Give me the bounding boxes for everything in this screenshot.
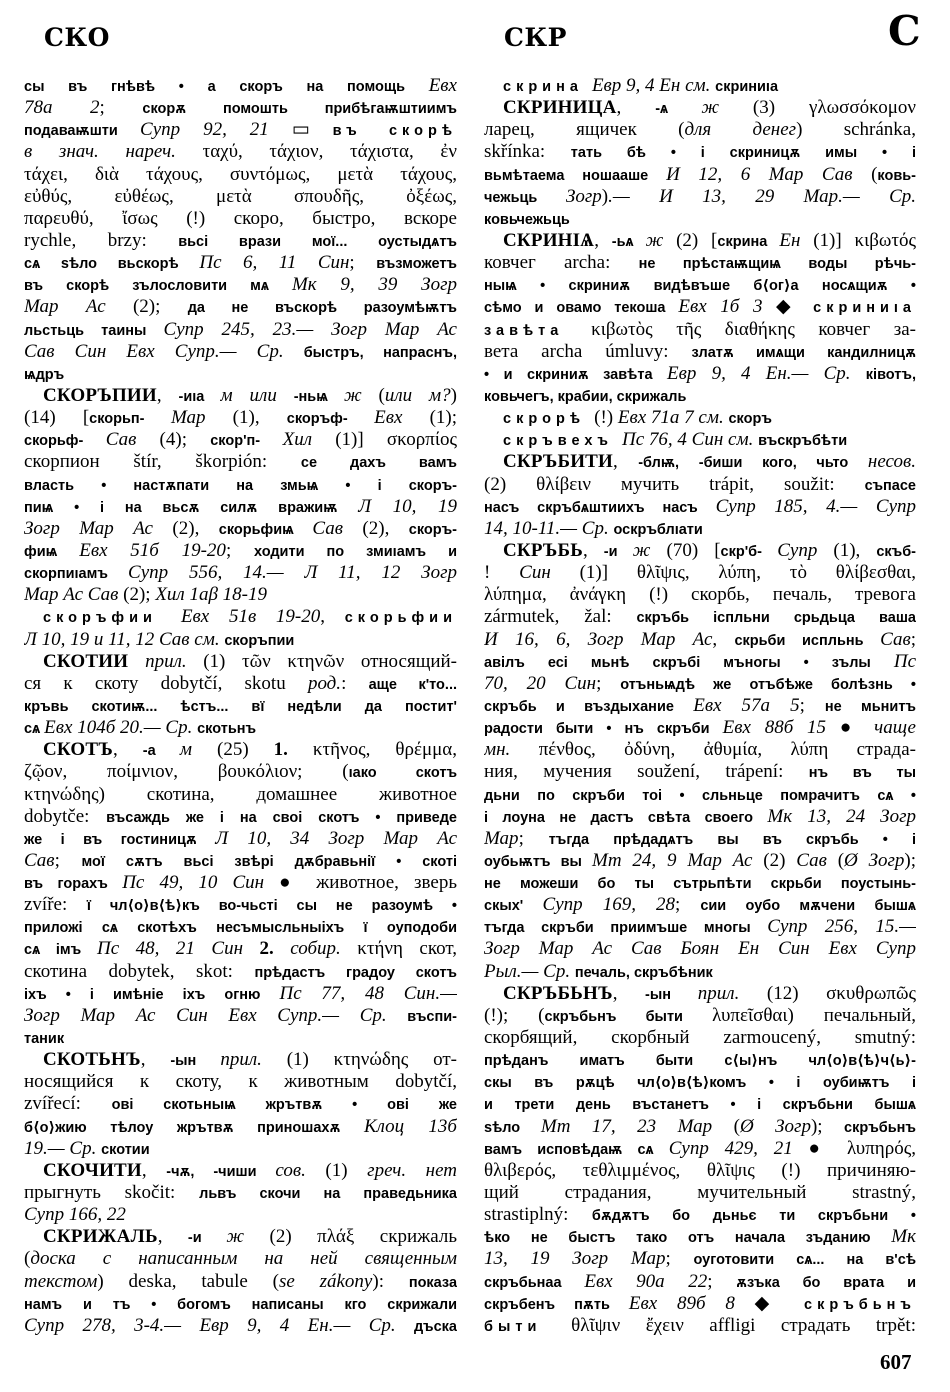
gloss-text: λυπεῖσθαι) печальный, — [712, 1005, 916, 1026]
ocs-quote: ї чл⟨о⟩в⟨ѣ⟩къ во-чьсті сы не разоумѣ • — [87, 898, 457, 914]
text-line: 14, 10-11.— Ср. оскръблıати — [484, 518, 916, 540]
ocs-quote: сѣмо и овамо текоша — [484, 300, 678, 316]
ocs-quote: б⟨о⟩жию тѣлоу жрътвѫ приношахѫ — [24, 1120, 364, 1136]
gloss-text: λύπημα, ἀνάγκη (!) скорбь, печаль, трево… — [484, 584, 916, 605]
source-siglum: Евх 51в 19-20 — [181, 606, 320, 627]
source-siglum: греч. нет — [367, 1160, 457, 1181]
ocs-quote: таник — [24, 1031, 64, 1047]
source-siglum: 70, 20 Син — [484, 673, 596, 694]
source-siglum: собир. — [290, 938, 357, 959]
spaced-lemma: въ скорѣ — [333, 123, 457, 139]
ocs-quote: -и — [604, 544, 633, 560]
text-line: скрорѣ (!) Евх 71а 7 см. скоръ — [484, 407, 916, 429]
source-siglum: Евр 9, 4 Ен.— Ср. — [667, 363, 866, 384]
gloss-text: θλῖψιν ἔχειν affligi страдать trpět: — [571, 1315, 916, 1336]
source-siglum: Пс 77, 48 Син.— — [280, 983, 458, 1004]
text-line: dobytče: въсаждь же і на своі скотъ • пр… — [24, 806, 457, 828]
source-siglum: доска с написанным на ней священным — [30, 1248, 457, 1269]
headword: СКОТИИ — [43, 651, 145, 672]
gloss-text: ларец, ящичек ( — [484, 119, 684, 140]
gloss-text: носящийся к скоту, к животным dobytčí, — [24, 1071, 457, 1092]
text-line: б⟨о⟩жию тѣлоу жрътвѫ приношахѫ Клоц 13б — [24, 1116, 457, 1138]
gloss-text: (70) [ — [650, 540, 720, 561]
ocs-quote: быстръ, напраснъ, — [304, 345, 457, 361]
text-line: ковчег archa: не прѣстаѭщиѩ воды рѣчь- — [484, 252, 916, 274]
text-line: εὐθύς, εὐθέως, μετὰ σπουδῆς, ὀξέως, — [24, 186, 457, 208]
ocs-quote: отъньѩдѣ же отъбѣже болѣзнь • — [620, 677, 916, 693]
gloss-text: скорбящий, скорбный zarmoucený, smutný: — [484, 1027, 916, 1048]
source-siglum: Супр 166, 22 — [24, 1204, 126, 1225]
ocs-quote: дъска — [414, 1319, 457, 1335]
ocs-quote: скръбьнаа — [484, 1275, 584, 1291]
source-siglum: Мк 13, 24 Зогр — [767, 806, 916, 827]
gloss-text: , — [113, 739, 143, 760]
gloss-text: , — [142, 1160, 166, 1181]
text-line: Мар Ас Сав (2); Хил 1аβ 18-19 — [24, 584, 457, 606]
source-siglum: Мк 9, 39 Зогр — [292, 274, 457, 295]
gloss-text: ; — [349, 252, 376, 273]
source-siglum: или м? — [385, 385, 451, 406]
text-line: 13, 19 Зогр Мар; оуготовити сѧ... на в'с… — [484, 1248, 916, 1270]
source-siglum: для денег — [684, 119, 796, 140]
gloss-text: εὐθύς, εὐθέως, μετὰ σπουδῆς, ὀξέως, — [24, 186, 457, 207]
ocs-quote: ныѩ • скриниѫ видѣвъше б⟨ог⟩а носѧщиѫ • — [484, 278, 916, 294]
ocs-quote: скоръ- — [409, 522, 457, 538]
text-line: іхъ • і имѣніе іхъ огню Пс 77, 48 Син.— — [24, 983, 457, 1005]
ocs-quote: сии оубо мѫчени бышѧ — [700, 898, 916, 914]
ocs-quote: въ горахъ — [24, 876, 122, 892]
ocs-quote: • и скриниѫ завѣта — [484, 367, 667, 383]
source-siglum: Евх — [429, 75, 457, 96]
text-line: сѧ ѕѣло вьскорѣ Пс 6, 11 Син; възможетъ — [24, 252, 457, 274]
gloss-text: ; — [100, 97, 143, 118]
text-line: κτηνώδης) скотина, домашнее животное — [24, 784, 457, 806]
ocs-quote: -ньѩ — [294, 389, 344, 405]
ocs-quote: мої сѫтъ вьсі звѣрі дѫбравьнії • скоті — [82, 854, 457, 870]
text-line: скорбящий, скорбный zarmoucený, smutný: — [484, 1027, 916, 1049]
ocs-quote: прѣдастъ градоу скотъ — [254, 965, 457, 981]
text-line: СКОТИИ прил. (1) τῶν κτηνῶν относящий- — [24, 651, 457, 673]
gloss-text: (2), — [153, 518, 219, 539]
text-line: И 16, 6, Зогр Мар Ас, скрьби испльнь Сав… — [484, 629, 916, 651]
ocs-quote: чежьць — [484, 190, 566, 206]
text-line: и трети день въстанетъ • і скръбьни бышѧ — [484, 1093, 916, 1115]
source-siglum: Евх 57а 5 — [693, 695, 799, 716]
ocs-quote: скор'п- — [210, 433, 282, 449]
ocs-quote: скръбенъ пѫть — [484, 1297, 629, 1313]
source-siglum: 13, 19 Зогр Мар — [484, 1248, 665, 1269]
text-line: ! Син (1)] θλῖψις, λύπη, τὸ θλίβεσθαι, — [484, 562, 916, 584]
ocs-quote: не можеши бо ты сътрьпѣти скрьби поустын… — [484, 876, 916, 892]
source-siglum: ж — [226, 1226, 244, 1247]
source-siglum: Евх 104б 20.— Ср. — [44, 717, 197, 738]
gloss-text: θλιβερός, τεθλιμμένος, θλῖψις (!) причин… — [484, 1160, 916, 1181]
gloss-text: παρευθύ, ἴσως (!) скоро, быстро, вскоре — [24, 208, 457, 229]
source-siglum: Евх — [374, 407, 402, 428]
page-number: 607 — [880, 1349, 912, 1375]
ocs-quote: скорьп- — [89, 411, 171, 427]
source-siglum: несов. — [868, 451, 916, 472]
right-column: скрина Евр 9, 4 Ен см. скриниıаСКРИНИЦА,… — [484, 75, 916, 1337]
text-line: СКОТЬНЪ, -ын прил. (1) κτηνώδης от- — [24, 1049, 457, 1071]
ocs-quote: въ скорѣ зълословити мѧ — [24, 278, 292, 294]
ocs-quote: ові скотьныѩ жрътвѫ • ові же — [112, 1097, 457, 1113]
gloss-text: ) deska, tabule ( — [97, 1271, 279, 1292]
gloss-text: ; — [800, 695, 825, 716]
source-siglum: Сав Син Евх Супр.— Ср. — [24, 341, 304, 362]
text-line: ζῷον, ποίμνιον, βουκόλιον; (ıако скотъ — [24, 761, 457, 783]
source-siglum: Супр 256, 15.— — [767, 916, 916, 937]
ocs-quote: ковьчегъ, крабии, скрижаль — [484, 389, 686, 405]
spaced-lemma: скриниıа — [813, 300, 916, 316]
ocs-quote: въспи- — [407, 1009, 457, 1025]
source-siglum: мн. — [484, 739, 539, 760]
text-line: текстом) deska, tabule (se zákony): пока… — [24, 1271, 457, 1293]
ocs-quote: іхъ • і имѣніе іхъ огню — [24, 987, 280, 1003]
text-line: ния, мучения soužení, trápení: нъ въ ты — [484, 761, 916, 783]
gloss-text: ● животное, зверь — [264, 872, 457, 893]
text-line: ковьчегъ, крабии, скрижаль — [484, 385, 916, 407]
ocs-quote: не прѣстаѭщиѩ воды рѣчь- — [639, 256, 916, 272]
ocs-quote: възможетъ — [376, 256, 457, 272]
gloss-text: (3) γλωσσόκομον — [719, 97, 916, 118]
gloss-text: ( — [362, 385, 385, 406]
ocs-quote: же і въ гостиницѫ — [24, 832, 215, 848]
ocs-quote: сы въ гнѣвѣ • а скоръ на помощь — [24, 79, 429, 95]
dictionary-page: СКО СКР С сы въ гнѣвѣ • а скоръ на помощ… — [0, 0, 950, 1392]
gloss-text: κιβωτὸς τῆς διαθήκης ковчег за- — [591, 319, 916, 340]
source-siglum: ж — [701, 97, 719, 118]
text-line: мн. πένθος, ὀδύνη, ἀθυμία, λύπη страда- — [484, 739, 916, 761]
headword: СКОТЪ — [43, 739, 113, 760]
source-siglum: Супр — [777, 540, 817, 561]
ocs-quote: скоръ — [728, 411, 771, 427]
text-line: чежьць Зогр).— И 13, 29 Мар.— Ср. — [484, 186, 916, 208]
ocs-quote: бѫдѫтъ бо дьньє ти скръбьни • — [592, 1208, 916, 1224]
source-siglum: Сав — [24, 850, 55, 871]
gloss-text: ◆ — [735, 1293, 804, 1314]
gloss-text: κτῆνος, θρέμμα, — [313, 739, 457, 760]
source-siglum: м — [180, 739, 192, 760]
headword: СКРЪБИТИ — [503, 451, 613, 472]
gloss-text: , — [141, 1049, 171, 1070]
ocs-quote: намъ и тъ • богомъ написаны кго скрижали — [24, 1297, 457, 1313]
gloss-text: (12) σκυθρωπῶς — [739, 983, 916, 1004]
source-siglum: прил. — [220, 1049, 262, 1070]
source-siglum: Сав — [880, 629, 911, 650]
ocs-quote: ѩдръ — [24, 367, 64, 383]
gloss-text: (!) — [594, 407, 618, 428]
text-line: дьни по скръби тоі • сльньце помрачитъ с… — [484, 784, 916, 806]
text-line: намъ и тъ • богомъ написаны кго скрижали — [24, 1293, 457, 1315]
text-line: подаваѭшти Супр 92, 21 ▭ въ скорѣ — [24, 119, 457, 141]
source-siglum: И 16, 6, Зогр Мар Ас — [484, 629, 712, 650]
ocs-quote: ходити по змиıамъ и — [254, 544, 457, 560]
gloss-text: πένθος, ὀδύνη, ἀθυμία, λύπη страда- — [539, 739, 916, 760]
text-line: сѧ Евх 104б 20.— Ср. скотьнъ — [24, 717, 457, 739]
gloss-text: ζῷον, ποίμνιον, βουκόλιον; ( — [24, 761, 349, 782]
gloss-text: (25) — [192, 739, 274, 760]
ocs-quote: нъ въ ты — [809, 765, 916, 781]
ocs-quote: сѧ ѕѣло вьскорѣ — [24, 256, 199, 272]
text-line: насъ скръбѧштиихъ насъ Супр 185, 4.— Суп… — [484, 496, 916, 518]
text-line: льстьць таины Супр 245, 23.— Зогр Мар Ас — [24, 319, 457, 341]
source-siglum: Зогр — [566, 186, 602, 207]
text-line: же і въ гостиницѫ Л 10, 34 Зогр Мар Ас — [24, 828, 457, 850]
text-line: Супр 278, 3-4.— Евр 9, 4 Ен.— Ср. дъска — [24, 1315, 457, 1337]
gloss-text: : — [341, 673, 369, 694]
text-line: Супр 166, 22 — [24, 1204, 457, 1226]
text-line: ныѩ • скриниѫ видѣвъше б⟨ог⟩а носѧщиѫ • — [484, 274, 916, 296]
gloss-text: (2) — [752, 850, 796, 871]
gloss-text: ! — [484, 562, 519, 583]
gloss-text: , — [594, 230, 612, 251]
text-line: Мар Ас (2); да не въскорѣ разоумѣѭтъ — [24, 296, 457, 318]
gloss-text: strastiplný: — [484, 1204, 592, 1225]
gloss-text: ; — [226, 540, 254, 561]
text-line: rychle, brzy: вьсі врази мої... оустыдѧт… — [24, 230, 457, 252]
headword: СКРЪБЬ — [503, 540, 583, 561]
text-line: въ горахъ Пс 49, 10 Син ● животное, звер… — [24, 872, 457, 894]
ocs-quote: скръбь іспльни срьдьца ваша — [636, 610, 916, 626]
headword: СКРИНІѦ — [503, 230, 594, 251]
source-siglum: Евр 9, 4 Ен см. — [592, 75, 715, 96]
text-line: скорпиıамъ Супр 556, 14.— Л 11, 12 Зогр — [24, 562, 457, 584]
source-siglum: Зогр Мар Ас Син Евх Супр.— Ср. — [24, 1005, 407, 1026]
gloss-text: dobytče: — [24, 806, 106, 827]
text-line: παρευθύ, ἴσως (!) скоро, быстро, вскоре — [24, 208, 457, 230]
gloss-text: skřínka: — [484, 141, 571, 162]
source-siglum: ж — [633, 540, 651, 561]
gloss-text: ; — [519, 828, 549, 849]
ocs-quote: скорьф- — [24, 433, 106, 449]
ocs-quote: скрьби испльнь — [734, 633, 880, 649]
gloss-text: скорпион štír, škorpión: — [24, 451, 301, 472]
source-siglum: Л 10, 19 — [358, 496, 457, 517]
gloss-text: ταχύ, τάχιον, τάχιστα, ἐν — [203, 141, 457, 162]
gloss-text: (2); — [106, 296, 188, 317]
gloss-text: (2) [ — [663, 230, 717, 251]
text-line: СКРИНІѦ, -ьѧ ж (2) [скрина Ен (1)] κιβωτ… — [484, 230, 916, 252]
gloss-text: ( — [852, 164, 877, 185]
text-line: СКРИЖАЛЬ, -и ж (2) πλάξ скрижаль — [24, 1226, 457, 1248]
gloss-text: zvíře: — [24, 894, 87, 915]
source-siglum: Евх 1б 3 — [678, 296, 762, 317]
gloss-text: (1), — [206, 407, 287, 428]
ocs-quote: ковьчежьць — [484, 212, 570, 228]
source-siglum: Мт 17, 23 Мар — [541, 1116, 712, 1137]
source-siglum: Мар Ас Сав — [24, 584, 118, 605]
left-column: сы въ гнѣвѣ • а скоръ на помощь Евх78а 2… — [24, 75, 457, 1337]
sense-number: 2. — [260, 938, 291, 959]
text-line: СКРЪБЬНЪ, -ын прил. (12) σκυθρωπῶς — [484, 983, 916, 1005]
gloss-text: (1)] θλῖψις, λύπη, τὸ θλίβεσθαι, — [551, 562, 916, 583]
text-line: zármutek, žal: скръбь іспльни срьдьца ва… — [484, 606, 916, 628]
text-line: Л 10, 19 и 11, 12 Сав см. скоръпии — [24, 629, 457, 651]
ocs-quote: скоръф- — [287, 411, 374, 427]
text-line: не можеши бо ты сътрьпѣти скрьби поустын… — [484, 872, 916, 894]
source-siglum: .— И 13, 29 Мар.— Ср. — [608, 186, 916, 207]
gloss-text: (4); — [136, 429, 210, 450]
text-line: тъгда скръби приимъше многы Супр 256, 15… — [484, 916, 916, 938]
source-siglum: Пс 48, 21 Син — [97, 938, 259, 959]
source-siglum: 78а 2 — [24, 97, 100, 118]
text-line: ковьчежьць — [484, 208, 916, 230]
ocs-quote: скоръпии — [224, 633, 294, 649]
text-line: ѩдръ — [24, 363, 457, 385]
source-siglum: Мар — [484, 828, 519, 849]
ocs-quote: ıако скотъ — [349, 765, 457, 781]
source-siglum: Хил — [283, 429, 312, 450]
text-line: ларец, ящичек (для денег) schránka, — [484, 119, 916, 141]
text-line: быти θλῖψιν ἔχειν affligi страдать trpět… — [484, 1315, 916, 1337]
text-line: скорьф- Сав (4); скор'п- Хил (1)] σκορπί… — [24, 429, 457, 451]
ocs-quote: показа — [409, 1275, 457, 1291]
source-siglum: Мт 24, 9 Мар Ас — [592, 850, 752, 871]
text-line: ся к скоту dobytčí, skotu род.: аще к'то… — [24, 673, 457, 695]
gloss-text: ; — [665, 1248, 693, 1269]
gloss-text: ); — [811, 1116, 844, 1137]
spaced-lemma: скрина — [503, 79, 592, 95]
gloss-text: , — [157, 385, 179, 406]
text-line: СКРЪБИТИ, -блѭ, -биши кого, чьто несов. — [484, 451, 916, 473]
text-line: (14) [скорьп- Мар (1), скоръф- Евх (1); — [24, 407, 457, 429]
source-siglum: прил. — [145, 651, 187, 672]
headword: СКОЧИТИ — [43, 1160, 142, 1181]
text-line: skřínka: тать бѣ • і скриницѫ имы • і — [484, 141, 916, 163]
text-line: скы въ рѫцѣ чл⟨о⟩в⟨ѣ⟩комъ • і оубиѭтъ і — [484, 1071, 916, 1093]
gloss-text: (1), — [817, 540, 876, 561]
text-line: скръвехъ Пс 76, 4 Син см. въскръбѣти — [484, 429, 916, 451]
source-siglum: м или — [221, 385, 294, 406]
text-line: скых' Супр 169, 28; сии оубо мѫчени бышѧ — [484, 894, 916, 916]
source-siglum: чаще — [874, 717, 916, 738]
ocs-quote: вамъ исповѣдаѭ сѧ — [484, 1142, 669, 1158]
source-siglum: Ø Зогр — [740, 1116, 811, 1137]
gloss-text: (1) τῶν κτηνῶν относящий- — [187, 651, 457, 672]
spaced-lemma: скрорѣ — [503, 411, 594, 427]
ocs-quote: -ын — [170, 1053, 220, 1069]
gloss-text: (1)] κιβωτός — [800, 230, 916, 251]
source-siglum: в знач. нареч. — [24, 141, 203, 162]
source-siglum: Супр 169, 28 — [543, 894, 675, 915]
gloss-text: ); — [904, 850, 916, 871]
ocs-quote: тать бѣ • і скриницѫ имы • і — [571, 145, 916, 161]
source-siglum: Пс 76, 4 Син см. — [622, 429, 758, 450]
headword: СКОРЪПИИ — [43, 385, 157, 406]
spaced-lemma: скръвехъ — [503, 433, 622, 449]
gloss-text: (2) πλάξ скрижаль — [244, 1226, 457, 1247]
gloss-text: (1) — [306, 1160, 367, 1181]
ocs-quote: скорьфиѩ — [219, 522, 313, 538]
source-siglum: Супр 245, 23.— Зогр Мар Ас — [164, 319, 457, 340]
section-letter: С — [888, 6, 921, 56]
ocs-quote: скых' — [484, 898, 543, 914]
source-siglum: сов. — [275, 1160, 305, 1181]
ocs-quote: кръвь скотиѭ... ѣстъ... вї недѣли да пос… — [24, 699, 457, 715]
gloss-text: ; — [55, 850, 82, 871]
ocs-quote: печаль, скръбѣник — [575, 965, 713, 981]
gloss-text: скотина dobytek, skot: — [24, 961, 254, 982]
text-line: таник — [24, 1027, 457, 1049]
source-siglum: Л 10, 34 Зогр Мар Ас — [215, 828, 457, 849]
ocs-quote: скъб- — [876, 544, 916, 560]
gloss-text: ● — [826, 717, 874, 738]
ocs-quote: съпасе — [865, 478, 916, 494]
ocs-quote: не мьнитъ — [825, 699, 916, 715]
ocs-quote: въскръбѣти — [758, 433, 847, 449]
text-line: Мар; тъгда прѣдадѧтъ вы въ скръбь • і — [484, 828, 916, 850]
source-siglum: Супр 429, 21 — [669, 1138, 793, 1159]
text-line: сы въ гнѣвѣ • а скоръ на помощь Евх — [24, 75, 457, 97]
gloss-text: ся к скоту dobytčí, skotu — [24, 673, 308, 694]
ocs-quote: приложі сѧ скотѣхъ несъмысльныіхъ ї оупо… — [24, 920, 457, 936]
ocs-quote: подаваѭшти — [24, 123, 140, 139]
ocs-quote: въсаждь же і на своі скотъ • приведе — [106, 810, 457, 826]
gloss-text: ◆ — [762, 296, 813, 317]
text-line: ѣко не быстъ тако отъ начала зъданию Мк — [484, 1226, 916, 1248]
running-head-right: СКР — [504, 21, 567, 55]
ocs-quote: аще к'то... — [369, 677, 457, 693]
headword: СКРИЖАЛЬ — [43, 1226, 158, 1247]
gloss-text: ; — [707, 1271, 736, 1292]
source-siglum: Л 10, 19 и 11, 12 Сав см. — [24, 629, 224, 650]
ocs-quote: скы въ рѫцѣ чл⟨о⟩в⟨ѣ⟩комъ • і оубиѭтъ і — [484, 1075, 916, 1091]
source-siglum: Супр 92, 21 — [140, 119, 269, 140]
gloss-text: ● λυπηρός, — [793, 1138, 916, 1159]
source-siglum: текстом — [24, 1271, 97, 1292]
ocs-quote: -ѧ — [655, 101, 701, 117]
text-line: Зогр Мар Ас Сав Боян Ен Син Евх Супр — [484, 938, 916, 960]
source-siglum: ж — [344, 385, 362, 406]
gloss-text: , — [712, 629, 734, 650]
ocs-quote: ковь- — [877, 168, 916, 184]
source-siglum: Сав — [106, 429, 137, 450]
text-line: въ скорѣ зълословити мѧ Мк 9, 39 Зогр — [24, 274, 457, 296]
ocs-quote: скриниıа — [715, 79, 778, 95]
text-line: в знач. нареч. ταχύ, τάχιον, τάχιστα, ἐν — [24, 141, 457, 163]
source-siglum: Супр 278, 3-4.— Евр 9, 4 Ен.— Ср. — [24, 1315, 414, 1336]
text-line: τάχει, διὰ τάχους, συντόμως, μετὰ τάχους… — [24, 164, 457, 186]
headword: СКОТЬНЪ — [43, 1049, 141, 1070]
ocs-quote: ківотъ, — [866, 367, 916, 383]
ocs-quote: -блѭ, -биши кого, чьто — [638, 455, 868, 471]
text-line: СКОРЪПИИ, -иıа м или -ньѩ ж (или м?) — [24, 385, 457, 407]
gloss-text: , — [320, 606, 344, 627]
gloss-text: rychle, brzy: — [24, 230, 178, 251]
source-siglum: se zákony — [279, 1271, 372, 1292]
text-line: прыгнуть skočit: львъ скочи на праведьни… — [24, 1182, 457, 1204]
gloss-text: τάχει, διὰ τάχους, συντόμως, μετὰ τάχους… — [24, 164, 457, 185]
ocs-quote: тъгда прѣдадѧтъ вы въ скръбь • і — [549, 832, 916, 848]
source-siglum: Зогр Мар Ас Сав Боян Ен Син Евх Супр — [484, 938, 916, 959]
gloss-text: щий страдания, мучительный strastný, — [484, 1182, 916, 1203]
text-line: СКОТЪ, -а м (25) 1. κτῆνος, θρέμμα, — [24, 739, 457, 761]
source-siglum: ж — [646, 230, 664, 251]
text-line: вамъ исповѣдаѭ сѧ Супр 429, 21 ● λυπηρός… — [484, 1138, 916, 1160]
ocs-quote: -иıа — [179, 389, 221, 405]
source-siglum: Син — [519, 562, 551, 583]
spaced-lemma: скорьфии — [345, 610, 457, 626]
ocs-quote: тъгда скръби приимъше многы — [484, 920, 767, 936]
gloss-text: (1); — [402, 407, 457, 428]
text-line: СКРИНИЦА, -ѧ ж (3) γλωσσόκομον — [484, 97, 916, 119]
ocs-quote: оуготовити сѧ... на в'сѣ — [694, 1252, 916, 1268]
gloss-text: , — [613, 983, 645, 1004]
text-line: Сав; мої сѫтъ вьсі звѣрі дѫбравьнії • ск… — [24, 850, 457, 872]
ocs-quote: да не въскорѣ разоумѣѭтъ — [188, 300, 457, 316]
text-line: носящийся к скоту, к животным dobytčí, — [24, 1071, 457, 1093]
